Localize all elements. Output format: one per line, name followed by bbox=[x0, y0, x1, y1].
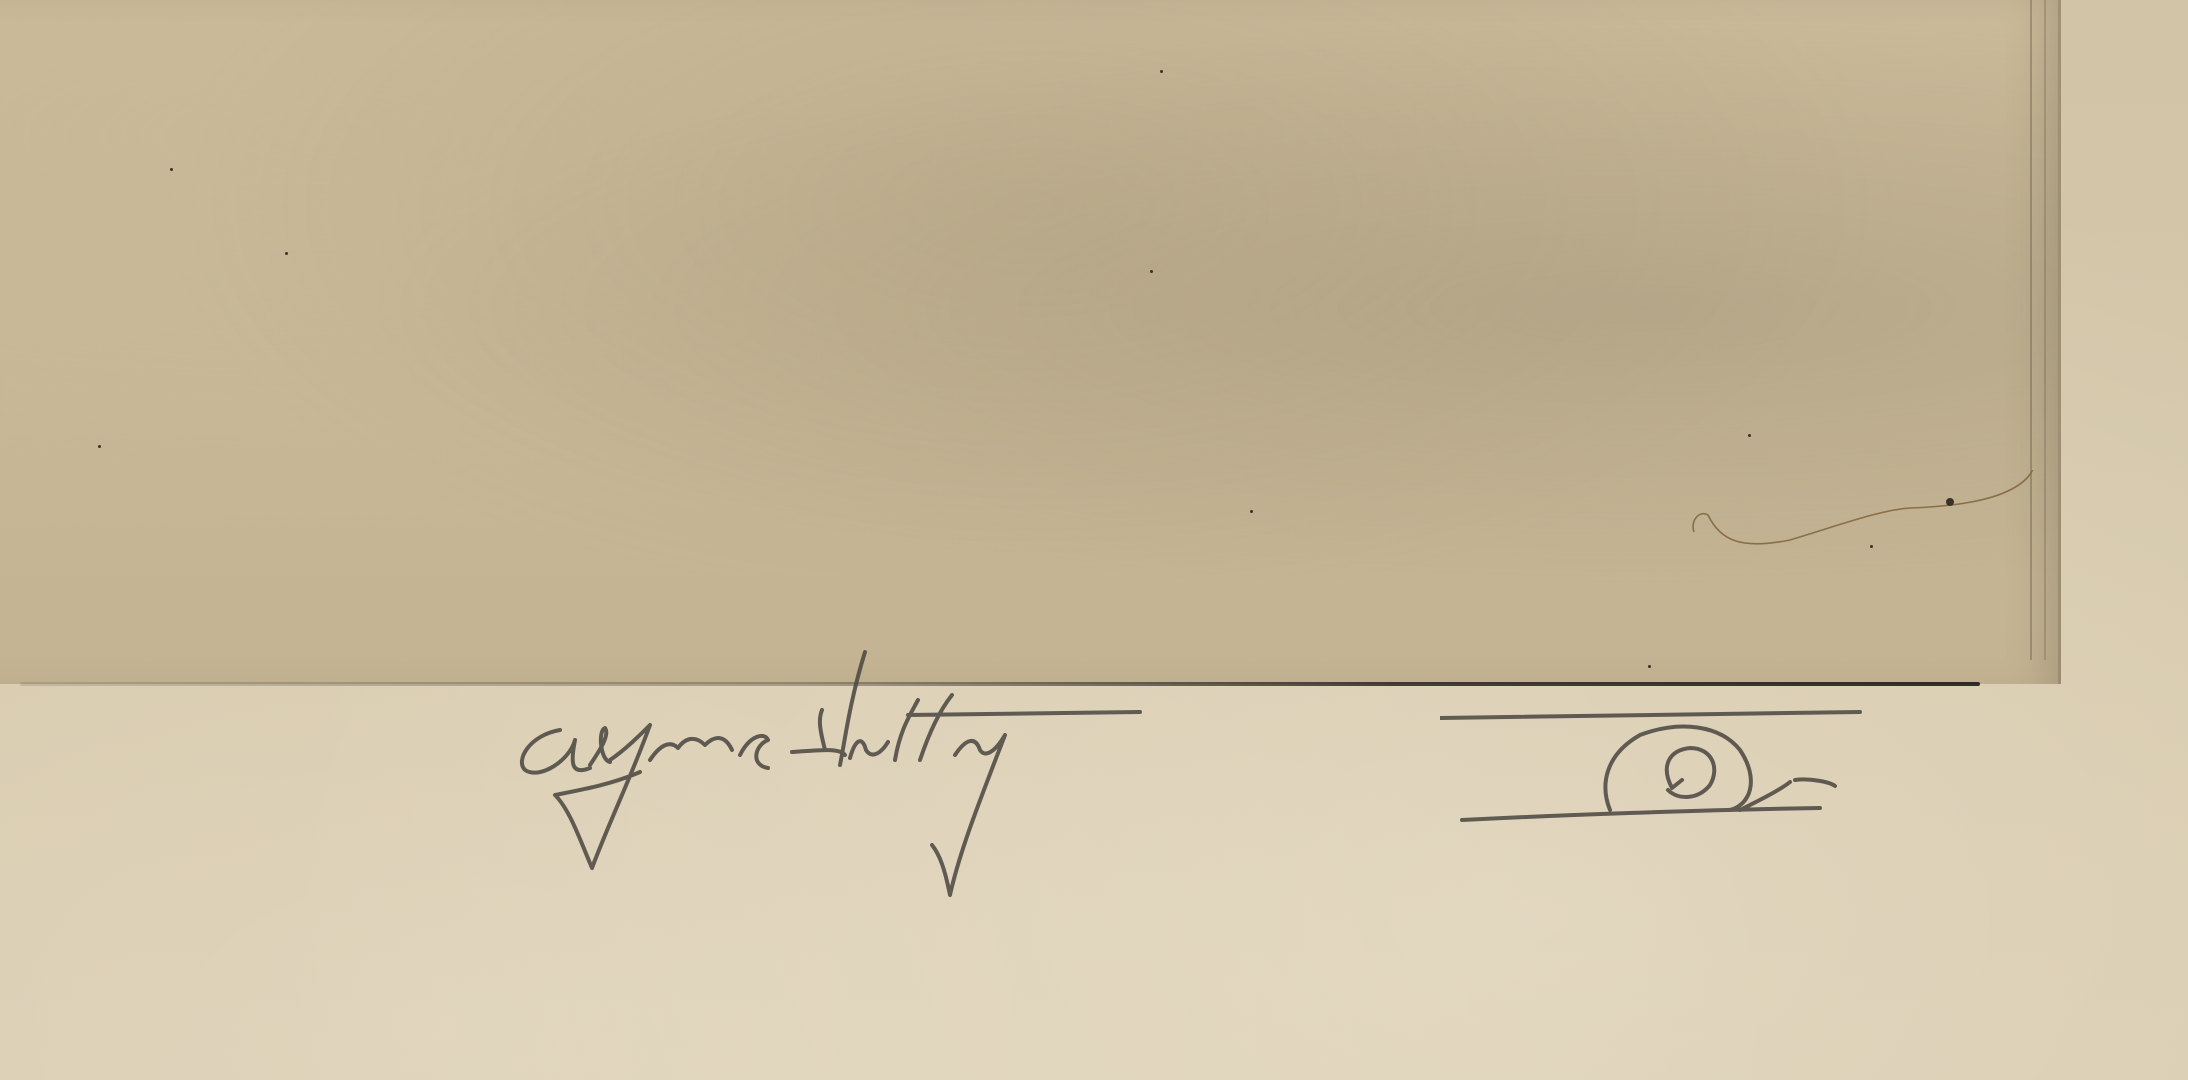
paper-speck bbox=[1160, 70, 1163, 73]
paper-speck bbox=[1648, 665, 1651, 668]
paper-speck bbox=[1748, 434, 1751, 437]
pencil-signature bbox=[500, 640, 1320, 920]
paper-speck bbox=[98, 445, 101, 448]
snail-remarque-icon bbox=[1440, 690, 1880, 830]
paper-speck bbox=[170, 168, 173, 171]
paper-speck bbox=[1150, 270, 1153, 273]
paper-sheet: Alfred Hutty bbox=[0, 0, 2188, 1080]
paper-speck bbox=[285, 252, 288, 255]
paper-speck bbox=[1250, 510, 1253, 513]
stray-hair bbox=[1680, 470, 2100, 630]
